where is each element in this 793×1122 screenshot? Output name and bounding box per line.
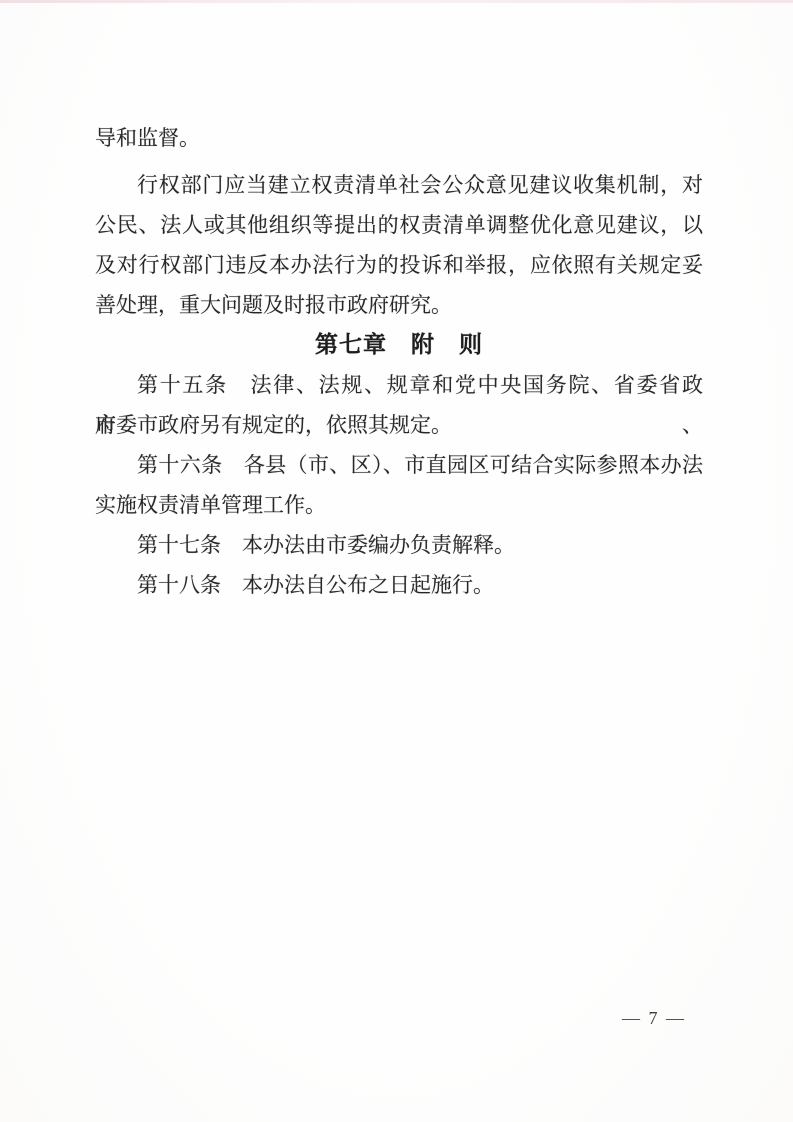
article-line: 第十八条 本办法自公布之日起施行。 — [95, 565, 703, 605]
article-15: 第十五条 法律、法规、规章和党中央国务院、省委省政府、 市委市政府另有规定的，依… — [95, 365, 703, 445]
body-line: 善处理，重大问题及时报市政府研究。 — [95, 285, 703, 325]
article-line: 第十五条 法律、法规、规章和党中央国务院、省委省政府、 — [95, 365, 703, 405]
article-line: 实施权责清单管理工作。 — [95, 485, 703, 525]
article-line: 第十七条 本办法由市委编办负责解释。 — [95, 525, 703, 565]
paragraph-continuation-line: 导和监督。 — [95, 118, 703, 158]
article-line: 第十六条 各县（市、区）、市直园区可结合实际参照本办法 — [95, 445, 703, 485]
scan-artifact-top-edge — [0, 0, 793, 3]
document-body: 导和监督。 行权部门应当建立权责清单社会公众意见建议收集机制，对 公民、法人或其… — [95, 118, 703, 605]
chapter-7-heading: 第七章 附 则 — [95, 325, 703, 365]
article-17: 第十七条 本办法由市委编办负责解释。 — [95, 525, 703, 565]
article-18: 第十八条 本办法自公布之日起施行。 — [95, 565, 703, 605]
body-line: 行权部门应当建立权责清单社会公众意见建议收集机制，对 — [95, 165, 703, 205]
paragraph-feedback-mechanism: 行权部门应当建立权责清单社会公众意见建议收集机制，对 公民、法人或其他组织等提出… — [95, 165, 703, 325]
scanned-document-page: 导和监督。 行权部门应当建立权责清单社会公众意见建议收集机制，对 公民、法人或其… — [0, 0, 793, 1122]
body-line: 及对行权部门违反本办法行为的投诉和举报，应依照有关规定妥 — [95, 245, 703, 285]
article-16: 第十六条 各县（市、区）、市直园区可结合实际参照本办法 实施权责清单管理工作。 — [95, 445, 703, 525]
page-number: — 7 — — [612, 1006, 696, 1030]
body-line: 公民、法人或其他组织等提出的权责清单调整优化意见建议，以 — [95, 205, 703, 245]
